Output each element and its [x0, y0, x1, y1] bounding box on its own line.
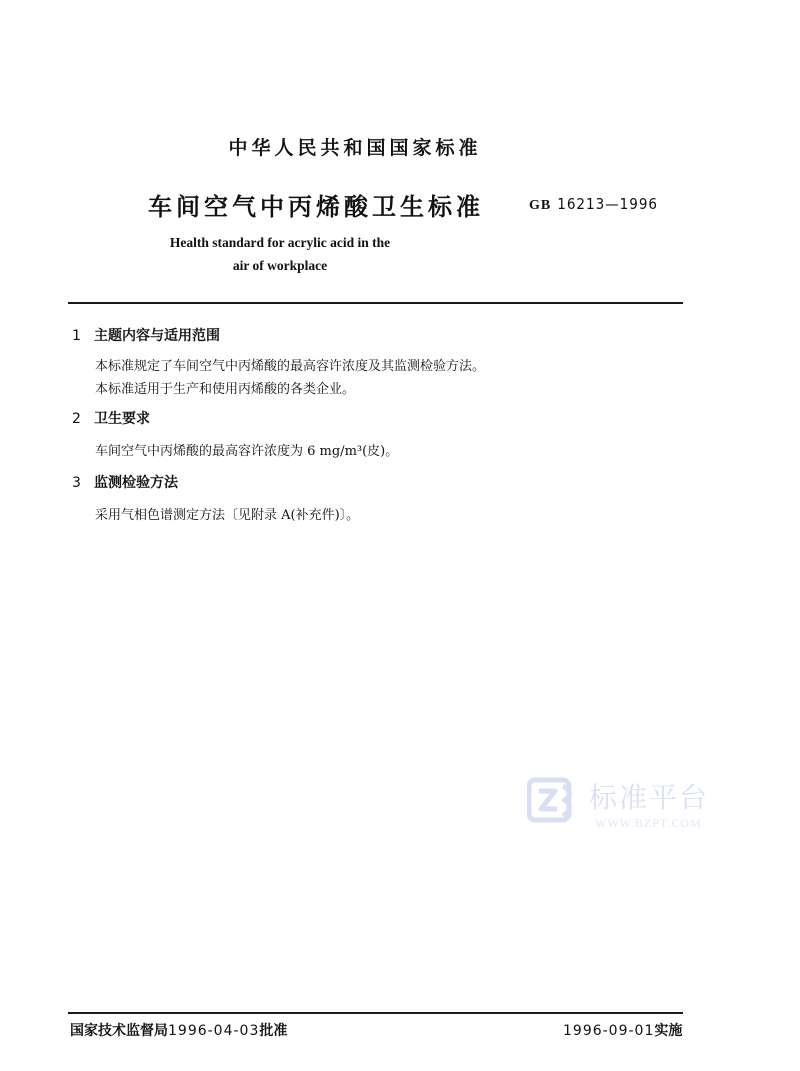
approval-suffix: 批准: [259, 1023, 287, 1039]
approval-info: 国家技术监督局1996-04-03批准: [70, 1020, 287, 1040]
national-standard-label: 中华人民共和国国家标准: [0, 133, 800, 160]
section-2-paragraph-1: 车间空气中丙烯酸的最高容许浓度为 6 mg/m³(皮)。: [95, 440, 398, 459]
section-2-heading: 2卫生要求: [72, 408, 150, 428]
section-number: 3: [72, 475, 94, 491]
section-heading-text: 主题内容与适用范围: [94, 328, 220, 344]
effective-info: 1996-09-01实施: [563, 1020, 682, 1040]
national-standard-text: 中华人民共和国国家标准: [228, 133, 481, 160]
gb-number: 16213—1996: [557, 195, 658, 213]
footer-divider: [68, 1012, 683, 1014]
section-1-paragraph-1: 本标准规定了车间空气中丙烯酸的最高容许浓度及其监测检验方法。: [95, 355, 485, 374]
bzpt-logo-icon: [527, 776, 575, 824]
section-heading-text: 卫生要求: [94, 411, 150, 427]
section-3-heading: 3监测检验方法: [72, 472, 178, 492]
watermark: 标准平台 WWW.BZPT.COM: [527, 776, 727, 836]
approval-date: 1996-04-03: [168, 1023, 259, 1039]
effective-suffix: 实施: [654, 1023, 682, 1039]
section-number: 1: [72, 328, 94, 344]
watermark-url: WWW.BZPT.COM: [595, 816, 702, 831]
gb-prefix: GB: [529, 198, 551, 213]
approver: 国家技术监督局: [70, 1023, 168, 1039]
section-1-paragraph-2: 本标准适用于生产和使用丙烯酸的各类企业。: [95, 378, 355, 397]
english-title-line1: Health standard for acrylic acid in the: [140, 231, 420, 254]
standard-number: GB16213—1996: [529, 195, 658, 214]
effective-date: 1996-09-01: [563, 1023, 654, 1039]
header-divider: [68, 302, 683, 304]
section-1-heading: 1主题内容与适用范围: [72, 325, 220, 345]
watermark-text: 标准平台: [589, 776, 709, 816]
english-title-line2: air of workplace: [180, 254, 380, 277]
section-3-paragraph-1: 采用气相色谱测定方法〔见附录 A(补充件)〕。: [95, 504, 359, 523]
english-title: Health standard for acrylic acid in the …: [180, 231, 380, 277]
document-title: 车间空气中丙烯酸卫生标准: [148, 187, 484, 222]
section-heading-text: 监测检验方法: [94, 475, 178, 491]
section-number: 2: [72, 411, 94, 427]
